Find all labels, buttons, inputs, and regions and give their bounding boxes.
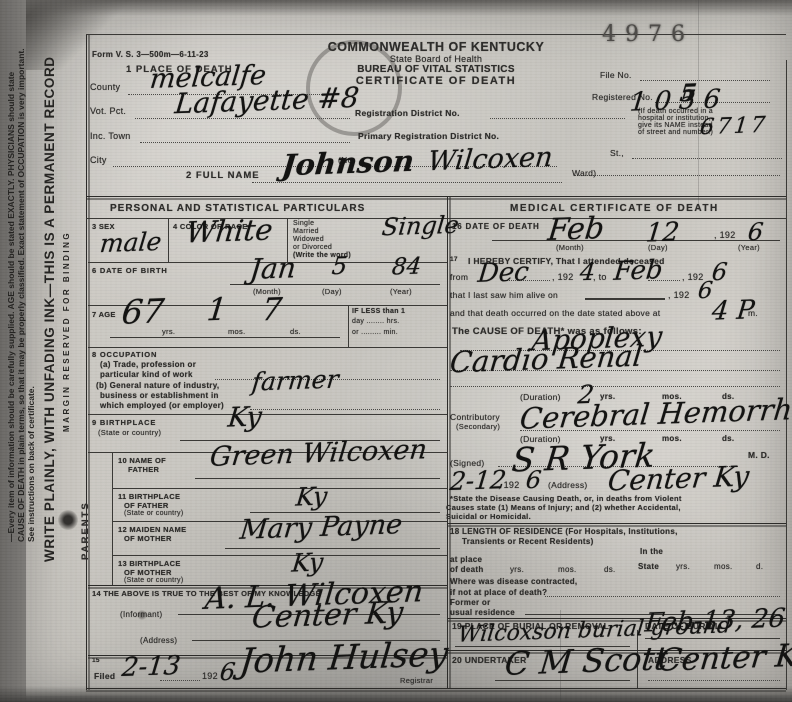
father-name-label1: 10 NAME OF: [118, 456, 166, 465]
st-line: [632, 158, 782, 159]
filed-num: 15: [92, 657, 100, 664]
full-name-label: 2 FULL NAME: [186, 170, 260, 181]
mother-name-value: Mary Payne: [238, 509, 403, 546]
age-less-label1: IF LESS than 1: [352, 308, 405, 315]
marital-option-single: Single: [293, 220, 314, 227]
residence-ds: ds.: [604, 565, 616, 574]
undertaker-address-value: Center Ky: [656, 637, 792, 679]
residence-label2: Transients or Recent Residents): [462, 537, 594, 546]
file-stamp-number: 4976: [602, 22, 694, 47]
father-bp-label3: (State or country): [124, 510, 183, 517]
st-label: St.,: [610, 148, 624, 158]
registration-district-value: 1056: [628, 84, 729, 118]
certify-time-value: 4 P: [710, 295, 755, 327]
city-label: City: [90, 155, 107, 165]
residence-mos2: mos.: [714, 562, 733, 571]
birth-date-label: 6 DATE OF BIRTH: [92, 266, 168, 275]
occupation-a2: particular kind of work: [100, 370, 193, 379]
form-right-border: [786, 60, 787, 690]
cause-line3-dots: [450, 386, 780, 387]
undertaker-name-value: C M Scott: [503, 639, 669, 683]
death-date-line: [492, 240, 780, 241]
mother-name-line: [225, 548, 440, 549]
filed-label: Filed: [94, 671, 115, 681]
residence-at-place: at place: [450, 555, 482, 564]
section-divider-top: [86, 196, 786, 197]
father-name-label2: FATHER: [128, 465, 159, 474]
full-name-line: [252, 182, 562, 183]
inc-town-label: Inc. Town: [90, 131, 131, 141]
sign-year-digit: 6: [525, 466, 543, 495]
state-board: State Board of Health: [302, 54, 570, 64]
personal-section-title: PERSONAL AND STATISTICAL PARTICULARS: [110, 203, 365, 214]
age-label: 7 AGE: [92, 310, 116, 319]
age-entry-line: [110, 337, 340, 338]
death-day-value: 12: [644, 217, 680, 248]
marital-option-divorced: or Divorced: [293, 244, 332, 251]
sign-address-value: Center Ky: [606, 459, 750, 497]
certify-saw-label: that I last saw him alive on: [450, 290, 558, 300]
certify-year3-printed: , 192: [668, 290, 690, 300]
occupation-b-line: [250, 409, 440, 410]
cause-ds2-label: ds.: [722, 434, 734, 443]
age-years-value: 67: [120, 291, 166, 332]
cell-line-1: [168, 218, 169, 262]
county-label: County: [90, 82, 120, 92]
residence-state: State: [638, 562, 659, 571]
birth-year-value: 84: [391, 253, 423, 280]
death-year-printed: , 192: [714, 230, 736, 240]
primary-registration-label: Primary Registration District No.: [358, 131, 499, 141]
father-bp-label2: OF FATHER: [124, 501, 169, 510]
filed-year-printed: 192: [202, 671, 218, 681]
occupation-value: farmer: [250, 364, 340, 396]
mother-bp-label3: (State or country): [124, 577, 183, 584]
secondary-label: (Secondary): [456, 422, 500, 431]
registrar-label: Registrar: [400, 676, 433, 685]
death-year-digit: 6: [747, 218, 765, 247]
marital-option-married: Married: [293, 228, 319, 235]
parents-cell-line: [112, 452, 113, 585]
certify-from-month: Dec: [476, 257, 530, 289]
burial-date-value: Feb-13, 26: [643, 603, 786, 638]
age-less-label2: day ........ hrs.: [352, 318, 400, 325]
residence-yrs: yrs.: [510, 565, 524, 574]
registration-district-line: [490, 118, 625, 119]
birth-day-sublabel: (Day): [322, 287, 342, 296]
marital-value: Single: [381, 211, 461, 242]
vot-pct-label: Vot. Pct.: [90, 106, 126, 116]
occupation-label: 8 OCCUPATION: [92, 350, 157, 359]
form-left-border: [86, 34, 87, 690]
file-no-line: [640, 80, 770, 81]
residence-yrs2: yrs.: [676, 562, 690, 571]
ink-blot-2: [137, 610, 147, 620]
vot-pct-line: [135, 118, 350, 119]
birth-month-value: Jan: [248, 251, 297, 286]
birthplace-label: 9 BIRTHPLACE: [92, 418, 156, 427]
age-months-value: 1: [205, 292, 229, 329]
margin-reserved: MARGIN RESERVED FOR BINDING: [62, 44, 71, 692]
age-ds-label: ds.: [290, 327, 301, 336]
column-divider: [447, 196, 448, 688]
certify-occurred-label: and that death occurred on the date stat…: [450, 308, 660, 318]
registration-district-label: Registration District No.: [355, 108, 460, 118]
agency-header: COMMONWEALTH OF KENTUCKY State Board of …: [302, 40, 570, 87]
mother-bp-label2: OF MOTHER: [124, 568, 172, 577]
father-bp-label1: 11 BIRTHPLACE: [118, 492, 180, 501]
binding-margin-text: —Every item of information should be car…: [6, 44, 71, 692]
residence-where1: Where was disease contracted,: [450, 577, 577, 586]
row-line-8: [112, 555, 447, 556]
margin-write-plainly: WRITE PLAINLY, WITH UNFADING INK—THIS IS…: [42, 44, 57, 692]
sign-address-label: (Address): [548, 480, 588, 490]
age-days-value: 7: [260, 292, 284, 329]
certify-to-month: Feb: [612, 255, 664, 287]
cell-line-3: [348, 305, 349, 347]
form-bottom-border: [86, 688, 786, 689]
birth-day-value: 5: [331, 252, 349, 281]
mother-bp-label1: 13 BIRTHPLACE: [118, 559, 181, 568]
ward-label: Ward): [572, 168, 596, 178]
residence-in-the: In the: [640, 547, 663, 556]
row-line-4: [88, 414, 447, 415]
margin-note-3: See instructions on back of certificate.: [26, 44, 36, 692]
md-label: M. D.: [748, 450, 770, 460]
age-less-label3: or ......... min.: [352, 329, 398, 336]
mother-name-label2: OF MOTHER: [124, 534, 172, 543]
residence-where-dots: [545, 596, 780, 597]
cause-line2-value: Cardio Renal: [448, 339, 644, 380]
commonwealth-title: COMMONWEALTH OF KENTUCKY: [302, 40, 570, 54]
photo-edge-top: [0, 0, 792, 16]
row-line-11: [447, 523, 786, 524]
date-of-death-label: 16 DATE OF DEATH: [452, 222, 540, 231]
footnote-line3: Suicidal or Homicidal.: [446, 512, 531, 521]
birth-year-sublabel: (Year): [390, 287, 412, 296]
footnote-line2: Causes state (1) Means of Injury; and (2…: [446, 503, 681, 512]
race-value: White: [184, 212, 274, 249]
death-month-value: Feb: [546, 211, 606, 248]
informant-address-sublabel: (Address): [140, 636, 177, 645]
file-no-label: File No.: [600, 70, 632, 80]
marital-option-widowed: Widowed: [293, 236, 324, 243]
occupation-b2: business or establishment in: [100, 391, 219, 400]
form-number: Form V. S. 3—500m—6-11-23: [92, 50, 209, 59]
mother-bp-value: Ky: [290, 547, 324, 577]
residence-former1: Former or: [450, 598, 491, 607]
informant-address-value: Center Ky: [250, 595, 405, 635]
certify-saw-dash: [585, 298, 665, 300]
ink-blot: [58, 510, 78, 530]
full-name-first: Johnson: [280, 144, 416, 183]
cause-mos2-label: mos.: [662, 434, 682, 443]
residence-where2: if not at place of death?: [450, 588, 547, 597]
vot-pct-value: Lafayette #8: [173, 81, 360, 121]
full-name-line-2: [575, 175, 780, 176]
sex-value: male: [98, 227, 162, 258]
father-name-line: [195, 478, 440, 479]
sign-date-value: 2-12: [448, 465, 507, 496]
occupation-a1: (a) Trade, profession or: [100, 360, 196, 369]
certify-num: 17: [450, 256, 458, 263]
birthplace-sublabel: (State or country): [98, 428, 161, 437]
age-yrs-label: yrs.: [162, 327, 175, 336]
row-line-6: [112, 488, 447, 489]
mother-name-label1: 12 MAIDEN NAME: [118, 525, 186, 534]
certify-from-label: from: [450, 272, 468, 282]
occupation-b1: (b) General nature of industry,: [96, 381, 219, 390]
full-name-last: Wilcoxen: [426, 142, 554, 177]
residence-d2: d.: [756, 562, 763, 571]
contributory-label: Contributory: [450, 412, 500, 422]
inc-town-line: [140, 142, 350, 143]
occupation-b3: which employed (or employer): [100, 401, 224, 410]
certify-year1-printed: , 192: [552, 272, 574, 282]
filed-date-value: 2-13: [120, 651, 182, 683]
primary-registration-value: 6717: [699, 113, 770, 140]
margin-note-1: —Every item of information should be car…: [6, 44, 16, 692]
age-mos-label: mos.: [228, 327, 245, 336]
bureau-title: BUREAU OF VITAL STATISTICS: [302, 64, 570, 75]
filed-year-digit: 6: [219, 658, 237, 687]
birthplace-value: Ky: [226, 401, 263, 433]
row-line-3: [88, 347, 447, 348]
residence-mos: mos.: [558, 565, 577, 574]
death-certificate-scan: —Every item of information should be car…: [0, 0, 792, 702]
residence-of-death: of death: [450, 565, 484, 574]
parents-side-label: PARENTS: [80, 501, 91, 560]
undertaker-address-line: [648, 680, 780, 681]
father-bp-value: Ky: [294, 481, 328, 511]
margin-note-2: CAUSE OF DEATH in plain terms, so that i…: [16, 44, 26, 692]
registrar-signature: John Hulsey: [238, 634, 450, 681]
certify-from-digit: 4: [579, 258, 597, 287]
medical-section-title: MEDICAL CERTIFICATE OF DEATH: [510, 203, 719, 214]
residence-former2: usual residence: [450, 608, 515, 617]
certify-saw-digit: 6: [697, 278, 714, 305]
residence-label1: 18 LENGTH OF RESIDENCE (For Hospitals, I…: [450, 527, 678, 536]
